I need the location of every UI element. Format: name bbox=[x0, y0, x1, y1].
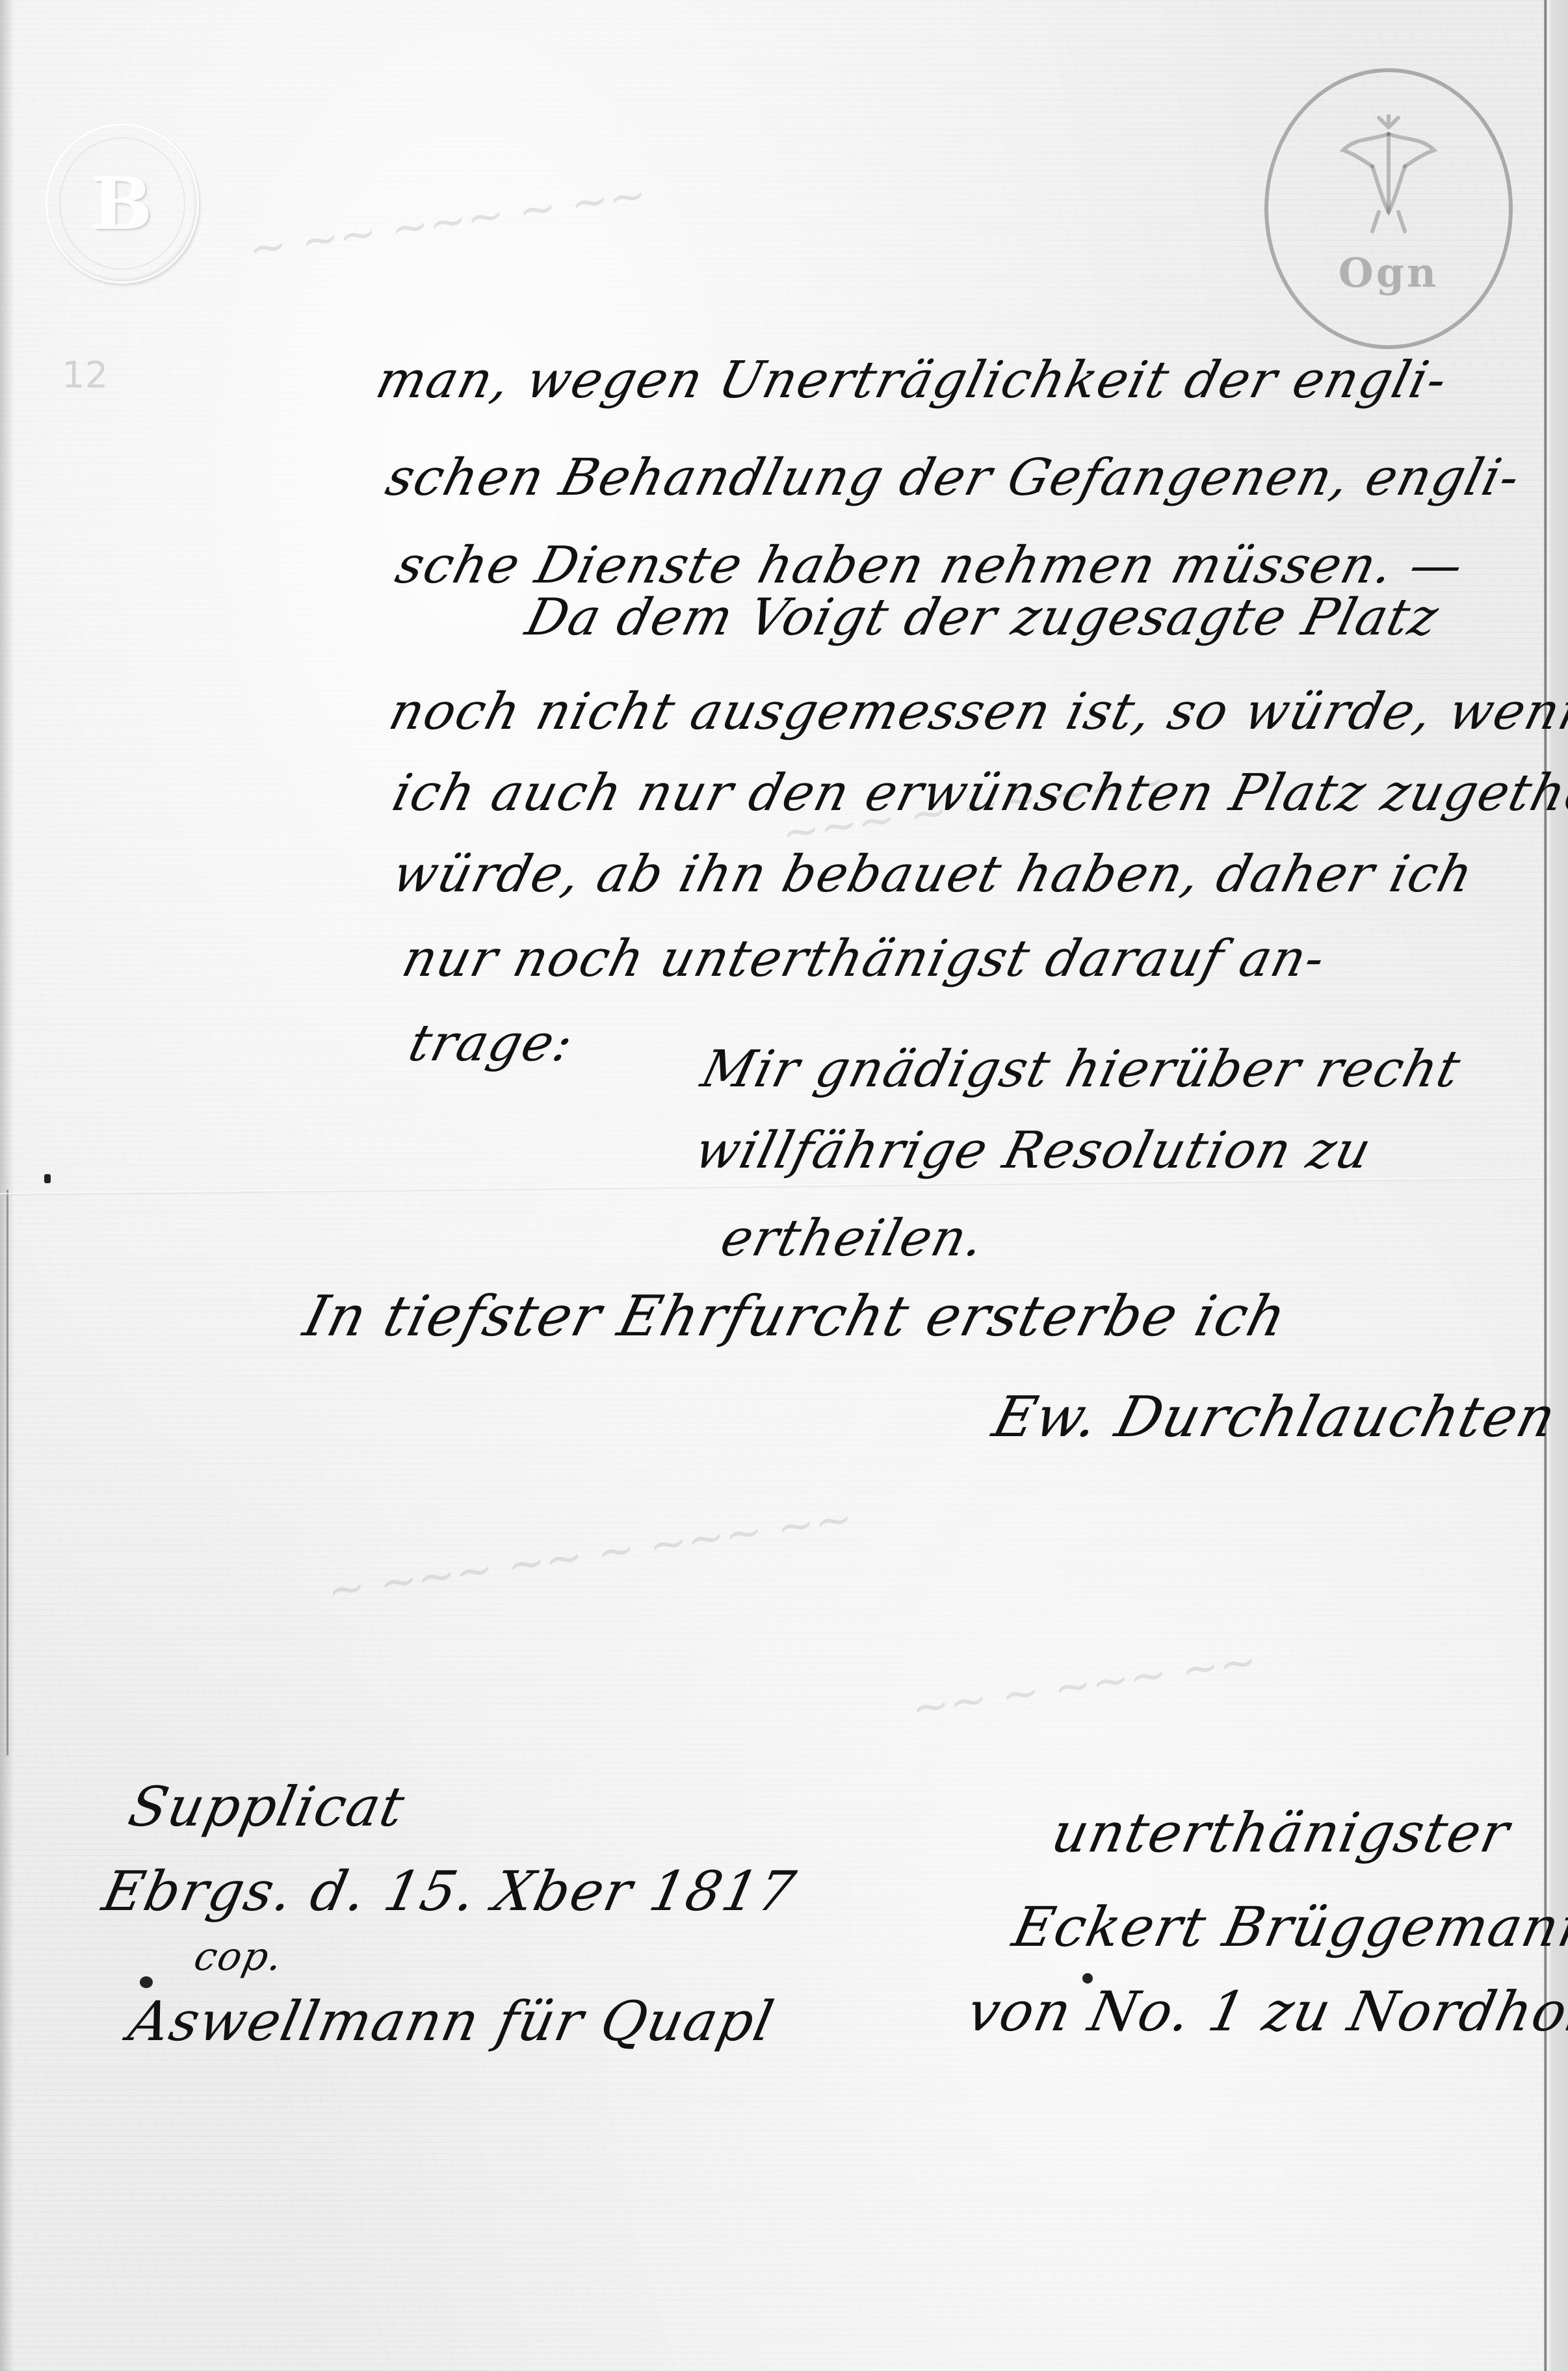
left-binding-shadow bbox=[0, 0, 14, 2371]
body-line-4: Da dem Voigt der zugesagte Platz bbox=[520, 588, 1445, 647]
body-line-3: sche Dienste haben nehmen müssen. — bbox=[390, 536, 1470, 595]
body-line-6: ich auch nur den erwünschten Platz zuget… bbox=[387, 764, 1568, 822]
footer-right-line-1: unterthänigster bbox=[1047, 1801, 1516, 1865]
body-line-1: man, wegen Unerträglichkeit der engli- bbox=[371, 351, 1454, 410]
footer-left-date-line: Ebrgs. d. 15. Xber 1817 bbox=[98, 1859, 802, 1923]
document-page: ~ ~~ ~~~ ~ ~~ ~~~ ~ ~~ ~~~ ~ ~~~ ~~ ~ ~~… bbox=[0, 0, 1568, 2371]
signer-name: Eckert Brüggemann bbox=[1008, 1895, 1568, 1959]
body-line-9: trage: bbox=[403, 1014, 580, 1073]
body-line-5: noch nicht ausgemessen ist, so würde, we… bbox=[384, 683, 1568, 741]
closing-title-line: Ew. Durchlauchten bbox=[987, 1385, 1563, 1450]
ink-blot bbox=[140, 1976, 153, 1988]
request-line-3: ertheilen. bbox=[715, 1209, 991, 1268]
request-line-2: willfährige Resolution zu bbox=[689, 1121, 1378, 1180]
signer-origin: von No. 1 zu Nordholz bbox=[962, 1980, 1568, 2043]
bleed-through-text: ~ ~~ ~~~ ~ ~~ bbox=[245, 167, 649, 276]
body-line-7: würde, ab ihn bebauet haben, daher ich bbox=[387, 845, 1480, 904]
stamp-text: Ogn bbox=[1339, 249, 1439, 296]
ink-blot bbox=[1082, 1973, 1093, 1984]
bleed-through-text: ~ ~~~ ~~ ~ ~~~ ~~ bbox=[324, 1491, 856, 1618]
left-page-edge-line bbox=[7, 1190, 8, 1755]
body-line-2: schen Behandlung der Gefangenen, engli- bbox=[380, 449, 1526, 507]
closing-formula: In tiefster Ehrfurcht ersterbe ich bbox=[298, 1284, 1294, 1349]
ink-speck bbox=[44, 1174, 51, 1183]
seal-inner-ring bbox=[59, 137, 185, 270]
crowned-eagle-icon bbox=[1333, 114, 1444, 238]
closing-formula-text: In tiefster Ehrfurcht ersterbe ich bbox=[298, 1284, 1294, 1349]
body-line-8: nur noch unterthänigst darauf an- bbox=[397, 930, 1332, 988]
footer-left-line-1: Supplicat bbox=[124, 1775, 412, 1839]
request-line-1: Mir gnädigst hierüber recht bbox=[696, 1040, 1467, 1099]
footer-left-line-3: cop. bbox=[190, 1934, 288, 1980]
embossed-seal: B bbox=[46, 124, 199, 283]
margin-page-number: 12 bbox=[62, 354, 108, 397]
footer-left-line-4: Aswellmann für Quapl bbox=[124, 1989, 780, 2053]
bleed-through-text: ~~ ~ ~~~ ~~ bbox=[908, 1634, 1261, 1735]
ink-stamp: Ogn bbox=[1264, 68, 1513, 349]
